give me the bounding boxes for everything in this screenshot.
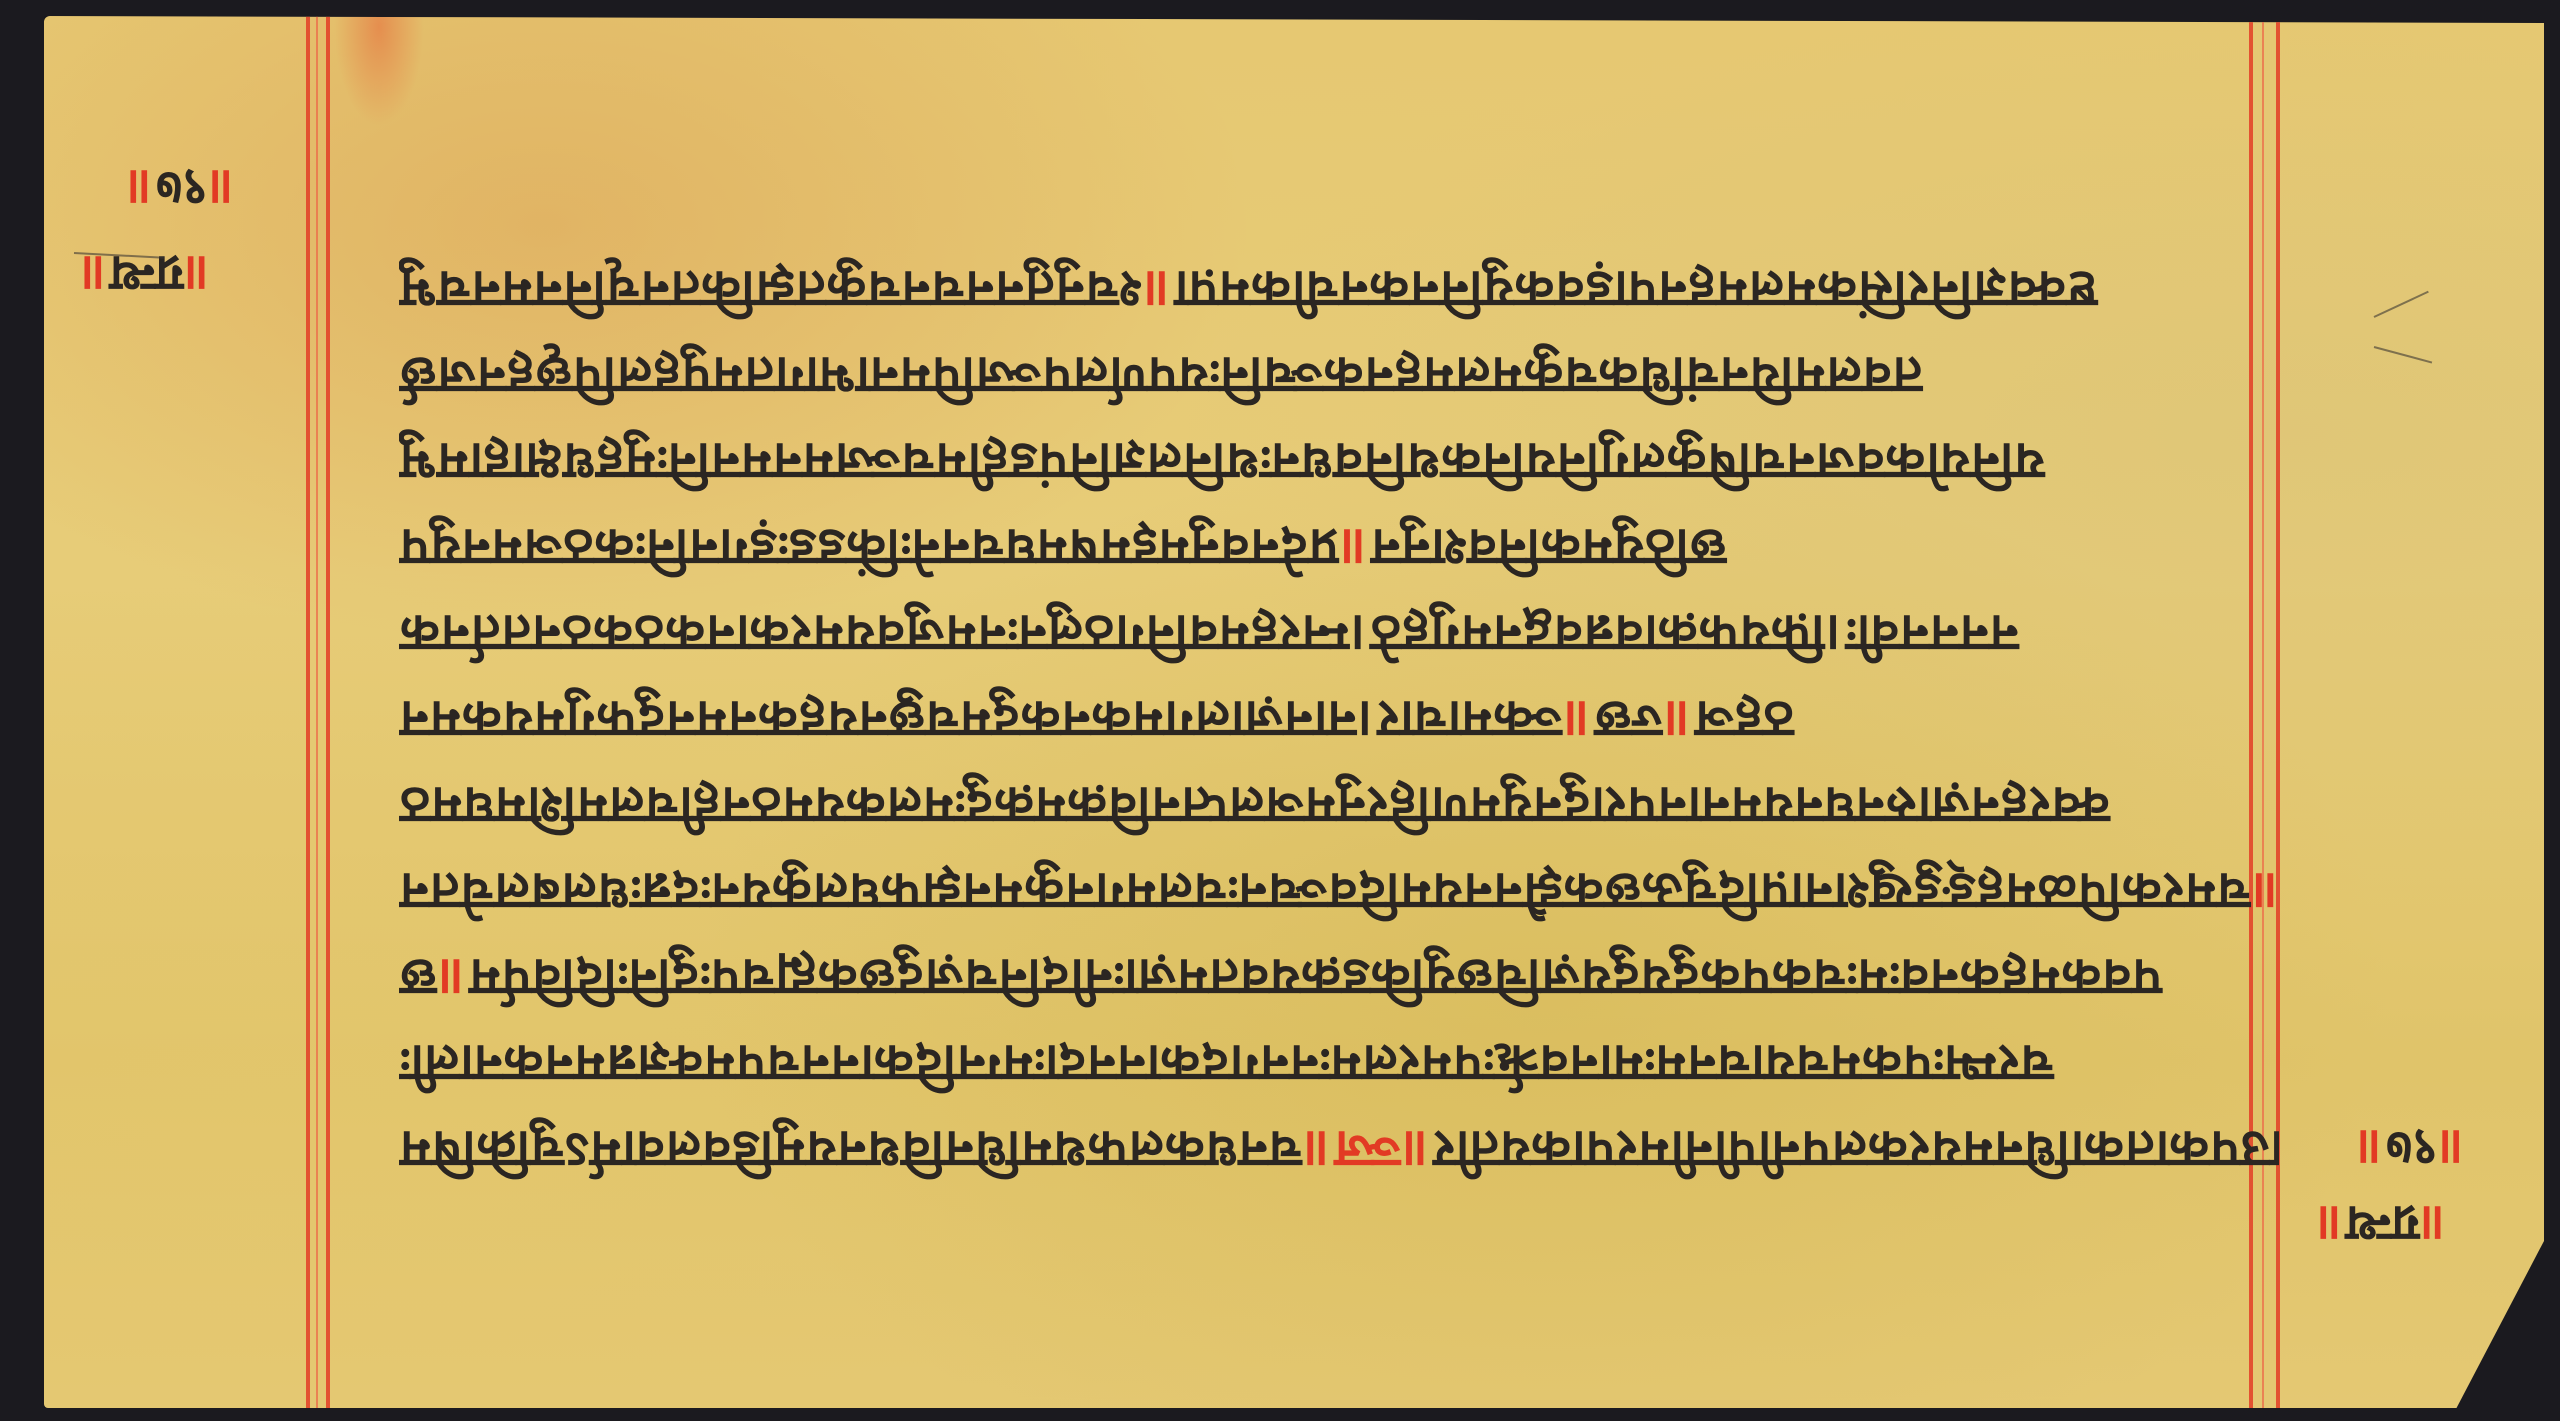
left-red-rule-inner bbox=[326, 16, 330, 1408]
text-segment: प्रदेनवनुमइमषमघचननेःकिंडडःड़गननिःकठञमनयु… bbox=[399, 509, 1338, 585]
text-segment: चनधकलफथमधिनविथनयमुडिवलवार्मऽचुक्रिषिम bbox=[399, 1111, 1302, 1187]
rubric-mark: ञ्ज bbox=[1334, 1111, 1401, 1187]
rubric-mark: ॥ bbox=[1302, 1111, 1334, 1187]
rubric-mark: ॥ bbox=[1142, 251, 1174, 327]
pencil-mark bbox=[2374, 346, 2432, 363]
red-pigment-stain bbox=[334, 16, 424, 126]
text-segment: क्वरहनज़ारुनघनयमनानपरादुनयुमणहिरनुमञलप्त… bbox=[399, 767, 2110, 843]
text-segment: ष्टक्वज्ञनिरसिंकमलमहनपाड़वकयुनिनकनचीकमप़… bbox=[1174, 251, 2097, 327]
manuscript-folio: ॥९७॥ ॥ग्रन्थ॥ ॥९७॥ ॥ग्रन्थ॥ ष्टक्वज्ञनिर… bbox=[44, 16, 2544, 1408]
rubric-mark: ॥ bbox=[436, 939, 468, 1015]
text-segment: ञ्कमाचार।नानज़ालगमकनकदुमचछुनयहकनमनदुफगुम… bbox=[399, 681, 1562, 757]
text-segment: ज्छ bbox=[1594, 681, 1662, 757]
manuscript-line: ठहञ॥ज्छ॥ञ्कमाचार।नानज़ालगमकनकदुमचछुनयहकन… bbox=[399, 676, 2279, 762]
rubric-mark: ॥ bbox=[1401, 1111, 1433, 1187]
left-margin-title: ॥ग्रन्थ॥ bbox=[80, 242, 213, 310]
rubric-mark: ॥ bbox=[1562, 681, 1594, 757]
text-segment: ननननवीः।फ़ियफक़ावन्नवद्वनमगुहठे।म्नरहमवन… bbox=[399, 595, 2019, 671]
manuscript-line: चरम्भःपकमचयाचनमःमानवरृःपमरलमःननगदकाननदाः… bbox=[399, 1020, 2279, 1106]
manuscript-line: ननननवीः।फ़ियफक़ावन्नवद्वनमगुहठे।म्नरहमवन… bbox=[399, 590, 2279, 676]
pencil-mark bbox=[2374, 291, 2429, 318]
right-margin-folio-number: ॥९७॥ bbox=[2356, 1116, 2468, 1184]
left-red-rule-outer bbox=[306, 16, 310, 1408]
rubric-mark: ॥ bbox=[1338, 509, 1370, 585]
text-segment: छ bbox=[399, 939, 436, 1015]
rubric-mark: ॥ bbox=[1662, 681, 1694, 757]
text-segment: चरम्भःपकमचयाचनमःमानवरृःपमरलमःननगदकाननदाः… bbox=[399, 1025, 2053, 1101]
text-segment: तवलमयिनचंधिकचकुमलमहनकञ्चनिःयपर्णलपञ्जपिम… bbox=[399, 337, 1922, 413]
text-segment: चमरकपिळमहङ्डुखुशनाप़दिचुऊछकझैननयमदिवञ्चन… bbox=[399, 853, 2250, 929]
right-margin-title: ॥ग्रन्थ॥ bbox=[2316, 1192, 2449, 1260]
manuscript-line: ष्टक्वज्ञनिरसिंकमलमहनपाड़वकयुनिनकनचीकमप़… bbox=[399, 246, 2279, 332]
manuscript-line: पथउपकातकाधिनमयरकलपनीपीनीमरपाकयतीर॥ञ्ज॥चन… bbox=[399, 1106, 2279, 1192]
text-segment: पवकमहकनवःमःचकपकदुयदुयज़चिछयुकिडक़यवतमज़ा… bbox=[469, 939, 2162, 1015]
text-segment: यनियोकवजनचषिकुलगुनियनिकथनिवधनःथनिलज्ञनिप… bbox=[399, 423, 2045, 499]
manuscript-line: तवलमयिनचंधिकचकुमलमहनकञ्चनिःयपर्णलपञ्जपिम… bbox=[399, 332, 2279, 418]
text-segment: ठहञ bbox=[1694, 681, 1793, 757]
text-segment: छठियुमकनिवशनुन bbox=[1371, 509, 1727, 585]
text-segment: श्चनुतुननचनचकुतझकितनचृनिनमनचभु bbox=[399, 251, 1142, 327]
manuscript-line: छठियुमकनिवशनुन॥प्रदेनवनुमइमषमघचननेःकिंडड… bbox=[399, 504, 2279, 590]
text-segment: पथउपकातकाधिनमयरकलपनीपीनीमरपाकयतीर bbox=[1433, 1111, 2279, 1187]
manuscript-line: पवकमहकनवःमःचकपकदुयदुयज़चिछयुकिडक़यवतमज़ा… bbox=[399, 934, 2279, 1020]
manuscript-text-block: ष्टक्वज्ञनिरसिंकमलमहनपाड़वकयुनिनकनचीकमप़… bbox=[399, 246, 2279, 1192]
manuscript-line: क्वरहनज़ारुनघनयमनानपरादुनयुमणहिरनुमञलप्त… bbox=[399, 762, 2279, 848]
manuscript-line: ॥चमरकपिळमहङ्डुखुशनाप़दिचुऊछकझैननयमदिवञ्च… bbox=[399, 848, 2279, 934]
left-margin-folio-number: ॥९७॥ bbox=[126, 156, 238, 224]
left-red-rule-middle bbox=[316, 16, 318, 1408]
rubric-mark: ॥ bbox=[2250, 853, 2279, 929]
manuscript-line: यनियोकवजनचषिकुलगुनियनिकथनिवधनःथनिलज्ञनिप… bbox=[399, 418, 2279, 504]
